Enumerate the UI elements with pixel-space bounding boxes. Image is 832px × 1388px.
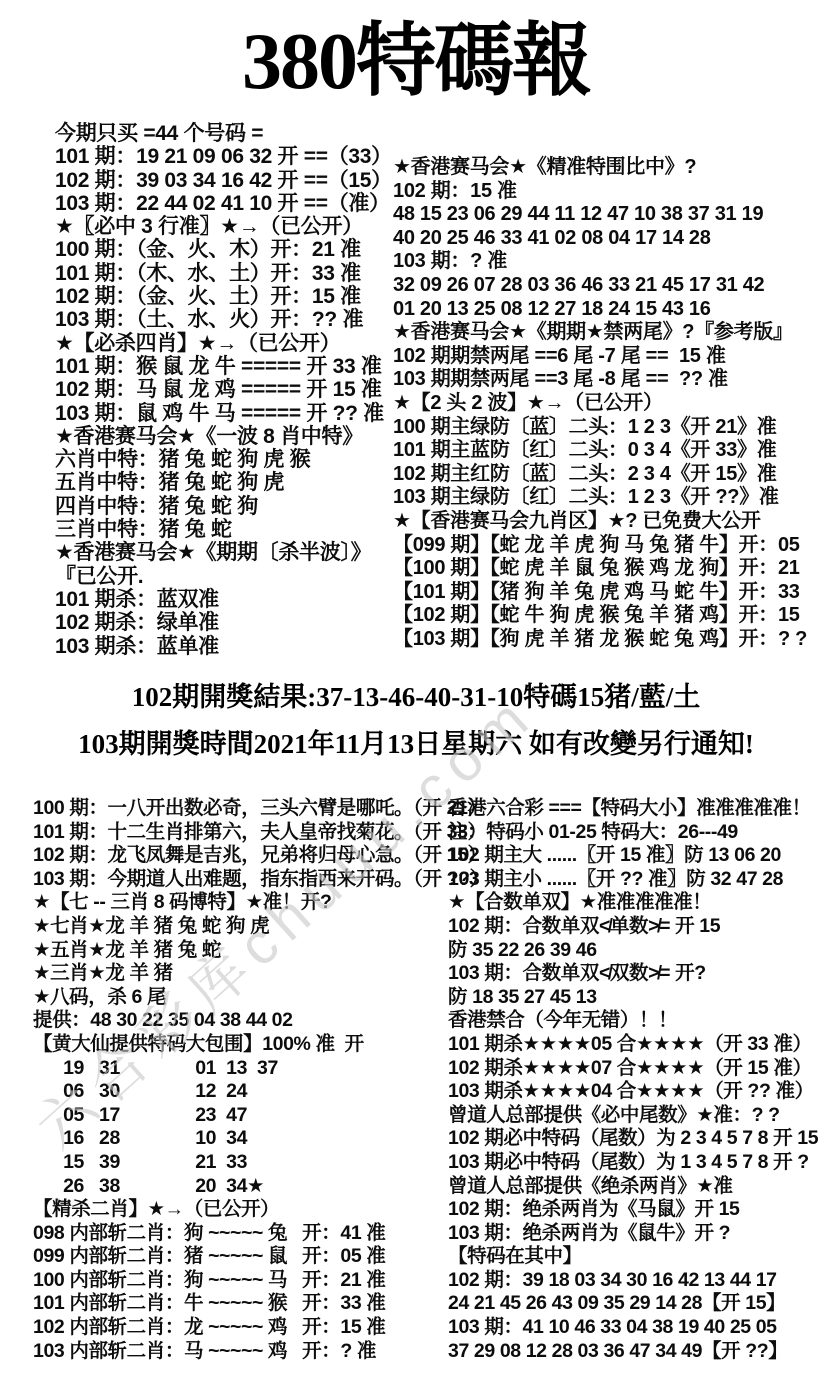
text-line: 06 30 12 24 xyxy=(33,1080,448,1104)
text-line: 102 期：39 03 34 16 42 开 ==（15） xyxy=(55,169,400,192)
text-line: 101 期：（木、水、土）开：33 准 xyxy=(55,262,400,285)
top-left-section: 今期只买 =44 个号码 =101 期：19 21 09 06 32 开 ==（… xyxy=(55,122,400,658)
text-line: 防 35 22 26 39 46 xyxy=(448,939,832,963)
text-line: 102 期主红防〔蓝〕二头：2 3 4《开 15》准 xyxy=(393,463,830,487)
text-line: 103 期杀★★★★04 合★★★★（开 ?? 准） xyxy=(448,1080,832,1104)
text-line: 40 20 25 46 33 41 02 08 04 17 14 28 xyxy=(393,227,830,251)
text-line: 曾道人总部提供《必中尾数》★准：? ? xyxy=(448,1104,832,1128)
text-line: 103 期杀：蓝单准 xyxy=(55,635,400,658)
text-line: 『已公开. xyxy=(55,565,400,588)
text-line: ★香港赛马会★《精准特围比中》? xyxy=(393,156,830,180)
text-line: 102 期：合数单双≮单数≯= 开 15 xyxy=(448,915,832,939)
text-line: 102 期必中特码（尾数）为 2 3 4 5 7 8 开 15 xyxy=(448,1127,832,1151)
text-line: 103 期期禁两尾 ==3 尾 -8 尾 == ?? 准 xyxy=(393,368,830,392)
text-line: 100 期：（金、火、木）开：21 准 xyxy=(55,238,400,261)
text-line: 102 期：39 18 03 34 30 16 42 13 44 17 xyxy=(448,1269,832,1293)
text-line: 防 18 35 27 45 13 xyxy=(448,986,832,1010)
text-line: 098 内部斩二肖：狗 ~~~~~ 兔 开：41 准 xyxy=(33,1222,448,1246)
text-line: ★【必杀四肖】★→（已公开） xyxy=(55,332,400,355)
text-line: 102 期：（金、火、土）开：15 准 xyxy=(55,285,400,308)
text-line: 103 期：41 10 46 33 04 38 19 40 25 05 xyxy=(448,1316,832,1340)
text-line: ★香港赛马会★《一波 8 肖中特》 xyxy=(55,425,400,448)
text-line: 102 期杀★★★★07 合★★★★（开 15 准） xyxy=(448,1057,832,1081)
text-line: ★〖必中 3 行准〗★→（已公开） xyxy=(55,215,400,238)
text-line: 101 期：19 21 09 06 32 开 ==（33） xyxy=(55,145,400,168)
text-line: 今期只买 =44 个号码 = xyxy=(55,122,400,145)
text-line: 【103 期】【狗 虎 羊 猪 龙 猴 蛇 兔 鸡】开：? ? xyxy=(393,628,830,652)
text-line: ★【2 头 2 波】★→（已公开） xyxy=(393,392,830,416)
text-line: 【099 期】【蛇 龙 羊 虎 狗 马 兔 猪 牛】开：05 xyxy=(393,534,830,558)
text-line: 101 期主蓝防〔红〕二头：0 3 4《开 33》准 xyxy=(393,439,830,463)
text-line: ★【七 -- 三肖 8 码博特】★准！开? xyxy=(33,891,448,915)
text-line: 19 31 01 13 37 xyxy=(33,1057,448,1081)
text-line: ★三肖★龙 羊 猪 xyxy=(33,962,448,986)
text-line: 01 20 13 25 08 12 27 18 24 15 43 16 xyxy=(393,298,830,322)
text-line: 100 期：一八开出数必奇，三头六臂是哪吒。（开 21） xyxy=(33,797,448,821)
text-line: 48 15 23 06 29 44 11 12 47 10 38 37 31 1… xyxy=(393,203,830,227)
next-draw-time-line: 103期開獎時間2021年11月13日星期六 如有改變另行通知! xyxy=(0,721,832,768)
draw-result-banner: 102期開獎結果:37-13-46-40-31-10特碼15猪/藍/土 103期… xyxy=(0,674,832,768)
text-line: 三肖中特：猪 兔 蛇 xyxy=(55,518,400,541)
text-line: ★【香港赛马会九肖区】★? 已免费大公开 xyxy=(393,510,830,534)
text-line: 五肖中特：猪 兔 蛇 狗 虎 xyxy=(55,471,400,494)
text-line: 提供：48 30 22 35 04 38 44 02 xyxy=(33,1009,448,1033)
text-line: 102 期主大 ......〖开 15 准〗防 13 06 20 xyxy=(448,844,832,868)
text-line: 103 期：（土、水、火）开：?? 准 xyxy=(55,308,400,331)
text-line: 102 期：马 鼠 龙 鸡 ===== 开 15 准 xyxy=(55,378,400,401)
text-line: 六肖中特：猪 兔 蛇 狗 虎 猴 xyxy=(55,448,400,471)
text-line: 101 期杀★★★★05 合★★★★（开 33 准） xyxy=(448,1033,832,1057)
text-line: 103 期：22 44 02 41 10 开 ==（准） xyxy=(55,192,400,215)
text-line: 101 期杀：蓝双准 xyxy=(55,588,400,611)
lottery-sheet-page: 380特碼報 今期只买 =44 个号码 =101 期：19 21 09 06 3… xyxy=(0,0,832,1388)
text-line: 05 17 23 47 xyxy=(33,1104,448,1128)
text-line: 【特码在其中】 xyxy=(448,1245,832,1269)
text-line: ★香港赛马会★《期期★禁两尾》?『参考版』 xyxy=(393,321,830,345)
text-line: ★八码，杀 6 尾 xyxy=(33,986,448,1010)
text-line: ★香港赛马会★《期期〔杀半波〕》 xyxy=(55,541,400,564)
text-line: ★【合数单双】★准准准准准！ xyxy=(448,891,832,915)
text-line: 100 内部斩二肖：狗 ~~~~~ 马 开：21 准 xyxy=(33,1269,448,1293)
text-line: 15 39 21 33 xyxy=(33,1151,448,1175)
text-line: 102 期杀：绿单准 xyxy=(55,611,400,634)
text-line: 100 期主绿防〔蓝〕二头：1 2 3《开 21》准 xyxy=(393,416,830,440)
text-line: 24 21 45 26 43 09 35 29 14 28【开 15】 xyxy=(448,1292,832,1316)
text-line: 【精杀二肖】★→（已公开） xyxy=(33,1198,448,1222)
text-line: 曾道人总部提供《绝杀两肖》★准 xyxy=(448,1175,832,1199)
text-line: 103 期：? 准 xyxy=(393,250,830,274)
text-line: 101 内部斩二肖：牛 ~~~~~ 猴 开：33 准 xyxy=(33,1292,448,1316)
text-line: 【101 期】【猪 狗 羊 兔 虎 鸡 马 蛇 牛】开：33 xyxy=(393,581,830,605)
text-line: 103 期主小 ......〖开 ?? 准〗防 32 47 28 xyxy=(448,868,832,892)
text-line: 16 28 10 34 xyxy=(33,1127,448,1151)
text-line: 103 期：合数单双≮双数≯= 开? xyxy=(448,962,832,986)
text-line: 102 期：龙飞凤舞是吉兆，兄弟将归母心急。（开 15） xyxy=(33,844,448,868)
text-line: 【102 期】【蛇 牛 狗 虎 猴 兔 羊 猪 鸡】开：15 xyxy=(393,604,830,628)
bottom-right-section: 香港六合彩 ===【特码大小】准准准准准！注：特码小 01-25 特码大：26-… xyxy=(448,797,832,1363)
text-line: 【100 期】【蛇 虎 羊 鼠 兔 猴 鸡 龙 狗】开：21 xyxy=(393,557,830,581)
text-line: 102 期：15 准 xyxy=(393,180,830,204)
text-line: 103 期主绿防〔红〕二头：1 2 3《开 ??》准 xyxy=(393,486,830,510)
text-line: 32 09 26 07 28 03 36 46 33 21 45 17 31 4… xyxy=(393,274,830,298)
text-line: 101 期：十二生肖排第六，夫人皇帝找菊花。（开 33） xyxy=(33,821,448,845)
text-line: 香港六合彩 ===【特码大小】准准准准准！ xyxy=(448,797,832,821)
text-line: 香港禁合（今年无错）！！ xyxy=(448,1009,832,1033)
top-right-section: ★香港赛马会★《精准特围比中》?102 期：15 准48 15 23 06 29… xyxy=(393,156,830,651)
text-line: ★七肖★龙 羊 猪 兔 蛇 狗 虎 xyxy=(33,915,448,939)
text-line: 注：特码小 01-25 特码大：26---49 xyxy=(448,821,832,845)
text-line: 26 38 20 34★ xyxy=(33,1175,448,1199)
text-line: 101 期：猴 鼠 龙 牛 ===== 开 33 准 xyxy=(55,355,400,378)
text-line: 102 期期禁两尾 ==6 尾 -7 尾 == 15 准 xyxy=(393,345,830,369)
text-line: 103 期必中特码（尾数）为 1 3 4 5 7 8 开 ? xyxy=(448,1151,832,1175)
text-line: 103 期：鼠 鸡 牛 马 ===== 开 ?? 准 xyxy=(55,402,400,425)
text-line: 103 期：今期道人出难题，指东指西来开码。（开 ??） xyxy=(33,868,448,892)
draw-result-line: 102期開獎結果:37-13-46-40-31-10特碼15猪/藍/土 xyxy=(0,674,832,721)
bottom-left-section: 100 期：一八开出数必奇，三头六臂是哪吒。（开 21）101 期：十二生肖排第… xyxy=(33,797,448,1363)
page-title: 380特碼報 xyxy=(0,18,832,106)
text-line: 四肖中特：猪 兔 蛇 狗 xyxy=(55,495,400,518)
text-line: 103 期：绝杀两肖为《鼠牛》开 ? xyxy=(448,1222,832,1246)
text-line: 099 内部斩二肖：猪 ~~~~~ 鼠 开：05 准 xyxy=(33,1245,448,1269)
text-line: ★五肖★龙 羊 猪 兔 蛇 xyxy=(33,939,448,963)
text-line: 37 29 08 12 28 03 36 47 34 49【开 ??】 xyxy=(448,1340,832,1364)
text-line: 103 内部斩二肖：马 ~~~~~ 鸡 开：? 准 xyxy=(33,1340,448,1364)
text-line: 【黄大仙提供特码大包围】100% 准 开 xyxy=(33,1033,448,1057)
text-line: 102 期：绝杀两肖为《马鼠》开 15 xyxy=(448,1198,832,1222)
text-line: 102 内部斩二肖：龙 ~~~~~ 鸡 开：15 准 xyxy=(33,1316,448,1340)
